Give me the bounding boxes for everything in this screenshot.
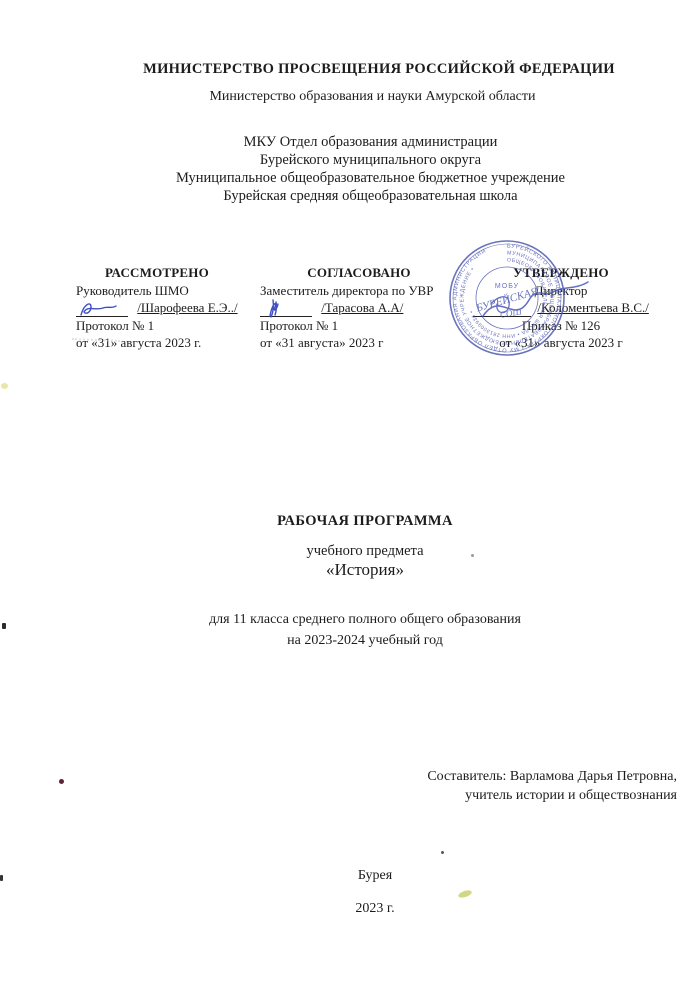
approval-agreed-signature-row: /Тарасова А.А/ xyxy=(260,299,458,317)
approval-approved-doc: Приказ № 126 xyxy=(460,317,662,335)
org-line-4: Бурейская средняя общеобразовательная шк… xyxy=(48,187,693,205)
signature-line xyxy=(473,303,531,317)
scan-speck xyxy=(2,623,6,629)
grade-year-block: для 11 класса среднего полного общего об… xyxy=(37,609,693,651)
approval-reviewed-signature-row: /Шарофеева Е.Э../ xyxy=(76,299,238,317)
org-line-3: Муниципальное общеобразовательное бюджет… xyxy=(48,169,693,187)
approval-reviewed-date: от «31» августа 2023 г. xyxy=(76,334,238,352)
ministry-title: МИНИСТЕРСТВО ПРОСВЕЩЕНИЯ РОССИЙСКОЙ ФЕДЕ… xyxy=(65,61,693,78)
subject-name: «История» xyxy=(37,560,693,580)
composer-name-line: Составитель: Варламова Дарья Петровна, xyxy=(427,767,677,786)
scan-speck xyxy=(59,779,64,784)
approval-approved-date: от «31» августа 2023 г xyxy=(460,334,662,352)
approval-reviewed-role: Руководитель ШМО xyxy=(76,282,238,300)
scan-speck xyxy=(457,889,472,899)
scan-speck xyxy=(441,851,444,854)
scan-speck xyxy=(0,875,3,881)
regional-ministry-line: Министерство образования и науки Амурско… xyxy=(52,89,693,105)
approval-reviewed-signer: /Шарофеева Е.Э../ xyxy=(137,300,237,315)
footer-city: Бурея xyxy=(57,868,693,884)
signature-line xyxy=(260,303,312,317)
approval-approved-signer: /Коломентьева В.С./ xyxy=(537,300,648,315)
approval-approved-title: УТВЕРЖДЕНО xyxy=(460,264,662,282)
school-year-line: на 2023-2024 учебный год xyxy=(37,630,693,651)
approval-agreed-title: СОГЛАСОВАНО xyxy=(260,264,458,282)
org-line-1: МКУ Отдел образования администрации xyxy=(48,133,693,151)
handwritten-signature-icon xyxy=(78,300,118,320)
organization-block: МКУ Отдел образования администрации Буре… xyxy=(48,133,693,205)
footer-year: 2023 г. xyxy=(57,901,693,917)
approval-agreed-signer: /Тарасова А.А/ xyxy=(321,300,403,315)
approval-agreed-date: от «31 августа» 2023 г xyxy=(260,334,458,352)
approval-approved-role: Директор xyxy=(460,282,662,300)
subject-intro: учебного предмета xyxy=(37,543,693,560)
approval-reviewed-title: РАССМОТРЕНО xyxy=(76,264,238,282)
handwritten-signature-icon xyxy=(262,298,292,320)
approval-approved-signature-row: /Коломентьева В.С./ xyxy=(460,299,662,317)
approval-agreed-role: Заместитель директора по УВР xyxy=(260,282,458,300)
scan-speck xyxy=(1,383,8,389)
composer-block: Составитель: Варламова Дарья Петровна, у… xyxy=(427,767,677,805)
program-title: РАБОЧАЯ ПРОГРАММА xyxy=(37,513,693,530)
approval-agreed-block: СОГЛАСОВАНО Заместитель директора по УВР… xyxy=(260,264,458,352)
grade-line: для 11 класса среднего полного общего об… xyxy=(37,609,693,630)
scan-speck xyxy=(471,554,474,557)
composer-position-line: учитель истории и обществознания xyxy=(427,786,677,805)
signature-line xyxy=(76,303,128,317)
document-page: МИНИСТЕРСТВО ПРОСВЕЩЕНИЯ РОССИЙСКОЙ ФЕДЕ… xyxy=(0,0,693,981)
org-line-2: Бурейского муниципального округа xyxy=(48,151,693,169)
approval-approved-block: УТВЕРЖДЕНО Директор /Коломентьева В.С./ … xyxy=(460,264,662,352)
